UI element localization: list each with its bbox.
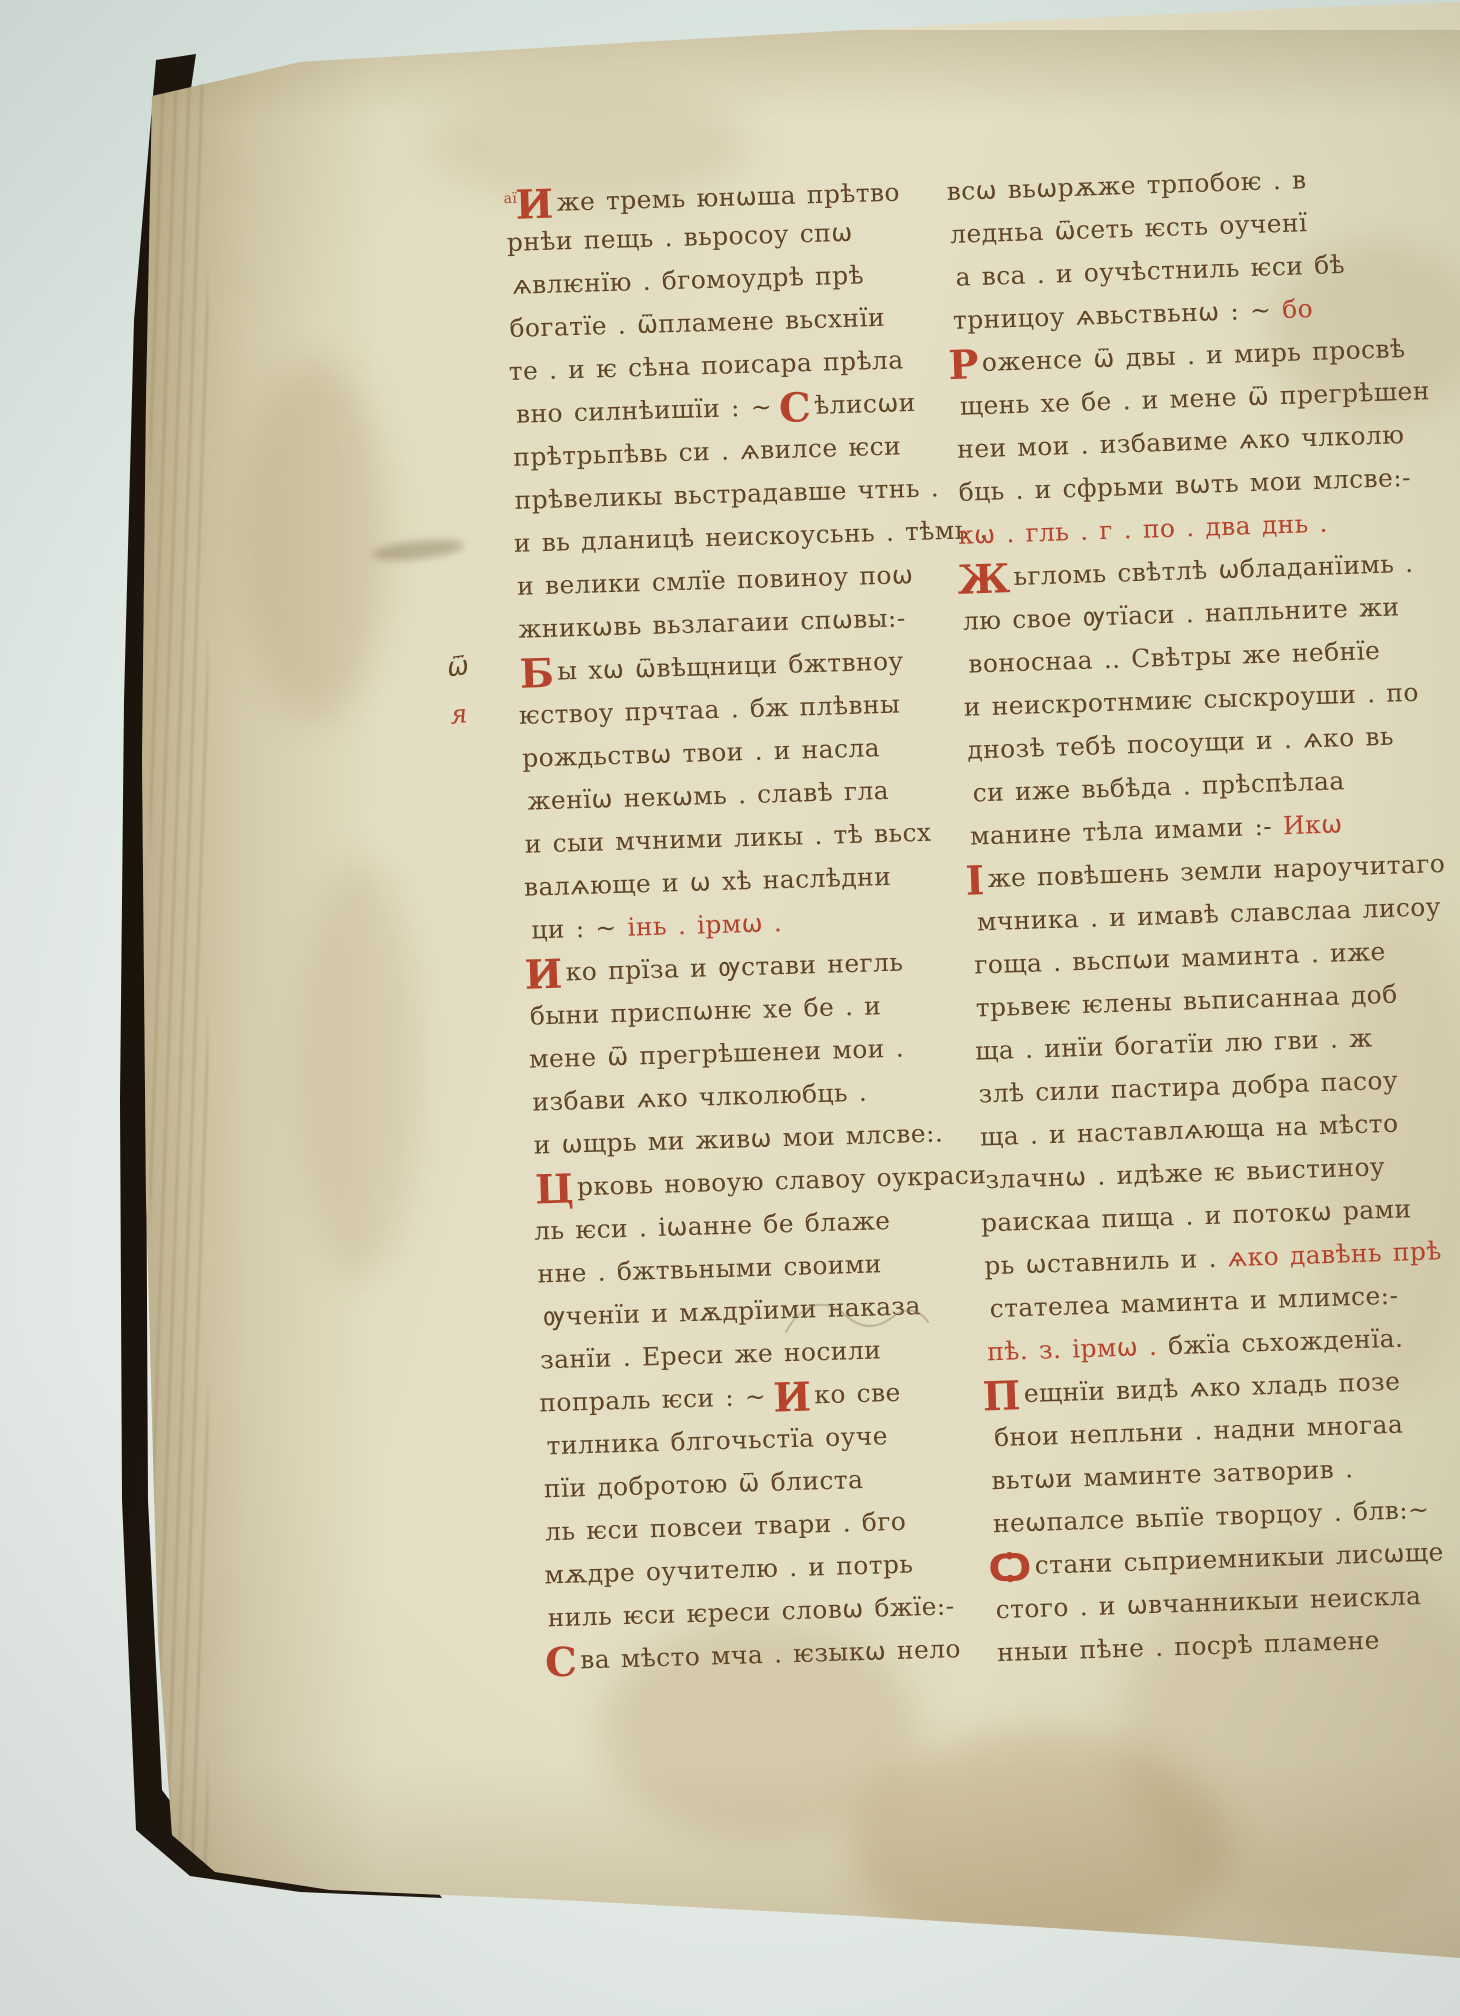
- text-segment: неѡпалсе вьпїе творцоу . блв:~: [992, 1495, 1429, 1538]
- rubric-initial: П: [982, 1376, 1021, 1417]
- text-segment: стателеа маминта и млимсе:-: [989, 1281, 1398, 1324]
- text-segment: днозѣ тебѣ посоущи и . ѧко вь: [967, 722, 1395, 765]
- text-segment: ща . инїи богатїи лю гви . ж: [975, 1023, 1373, 1065]
- text-segment: ко прїза и ѹстави негль: [565, 948, 903, 987]
- text-segment: оженсе ѿ двы . и мирь просвѣ: [981, 334, 1405, 377]
- top-edge-shadow: [150, 30, 1460, 120]
- text-column-left: аїИже тремь юнѡша прѣтворнѣи пещь . вьро…: [505, 165, 975, 1682]
- text-segment: манине тѣла имами :-: [970, 811, 1284, 850]
- text-segment: рковь новоую славоу оукраси: [577, 1160, 987, 1201]
- rubric-initial: Р: [948, 345, 980, 386]
- text-segment: нныи пѣне . посрѣ пламене: [997, 1626, 1381, 1668]
- text-segment: лю свое ѹтїаси . напльните жи: [962, 592, 1399, 635]
- text-segment: гоща . вьспѡи маминта . иже: [974, 937, 1386, 980]
- text-segment: ль ѥси повсеи твари . бго: [545, 1507, 907, 1547]
- rubric-initial: Ц: [534, 1169, 574, 1210]
- text-segment: ьгломь свѣтлѣ ѡбладанїимь .: [1013, 549, 1414, 591]
- text-segment: ѣлисѡи: [814, 388, 916, 420]
- rubric-initial: С: [544, 1643, 577, 1684]
- text-segment: богатїе . ѿпламене вьсхнїи: [509, 303, 885, 343]
- text-segment: рождьствѡ твои . и насла: [522, 733, 881, 773]
- text-segment: ци : ~: [531, 913, 628, 945]
- text-segment: нне . бжтвьными своими: [537, 1249, 882, 1288]
- text-segment: те . и ѥ сѣна поисара прѣла: [508, 345, 904, 386]
- text-segment: валѧюще и ѡ хѣ наслѣдни: [524, 862, 892, 902]
- text-segment: а вса . и оучѣстниль ѥси бѣ: [955, 250, 1345, 292]
- text-segment: и ѡщрь ми живѡ мои млсве:.: [533, 1118, 943, 1159]
- rubric-initial: І: [965, 861, 985, 902]
- page-stack-edges: [150, 60, 208, 1870]
- text-segment: вно силнѣишїи : ~: [516, 392, 784, 429]
- text-segment: ниль ѥси ѥреси словѡ бжїе:-: [547, 1591, 955, 1632]
- text-segment: воноснаа .. Свѣтры же небнїе: [968, 636, 1381, 679]
- text-segment: бо: [1282, 294, 1314, 324]
- text-segment: пїи добротою ѿ блиста: [543, 1465, 863, 1503]
- rubric-initial: И: [773, 1377, 812, 1418]
- text-segment: и велики смлїе повиноу поѡ: [517, 560, 914, 601]
- text-segment: быни приспѡнѥ хе бе . и: [529, 991, 881, 1030]
- text-segment: ко све: [814, 1378, 901, 1410]
- text-segment: ща . и наставлѧюща на мѣсто: [980, 1109, 1399, 1152]
- parchment-stain: [300, 860, 420, 1280]
- margin-mark-ink: ѿ: [445, 651, 471, 684]
- text-segment: ль ѥси . іѡанне бе блаже: [534, 1206, 891, 1246]
- text-segment: женїѡ некѡмь . славѣ гла: [527, 776, 889, 816]
- text-segment: ещнїи видѣ ѧко хладь позе: [1023, 1367, 1400, 1408]
- rubric-initial: Ѻ: [988, 1548, 1033, 1589]
- text-segment: рь ѡставниль и .: [984, 1243, 1228, 1280]
- text-segment: бжїа сьхожденїа.: [1168, 1324, 1404, 1361]
- text-segment: ледньа ѿсеть ѥсть оученї: [950, 208, 1308, 249]
- text-segment: злачнѡ . идѣже ѥ вьистиноу: [985, 1152, 1385, 1194]
- text-segment: и сыи мчними ликы . тѣ вьсх: [524, 818, 932, 859]
- text-segment: ѧвлѥнїю . бгомоудрѣ прѣ: [512, 260, 865, 299]
- text-segment: стани сьприемникыи лисѡще: [1034, 1537, 1444, 1580]
- text-segment: стого . и ѡвчанникыи неискла: [995, 1581, 1422, 1624]
- rubric-initial: И: [524, 955, 563, 996]
- text-segment: всѡ вьѡрѫже трпобоѥ . в: [946, 165, 1307, 206]
- text-segment: вьтѡи маминте затворив .: [991, 1454, 1354, 1495]
- rubric-initial: С: [778, 388, 811, 429]
- text-segment: избави ѧко члколюбць .: [532, 1078, 868, 1117]
- text-segment: си иже вьбѣда . прѣспѣлаа: [972, 766, 1345, 807]
- text-segment: ы хѡ ѿвѣщници бжтвноу: [557, 646, 904, 685]
- text-segment: прѣвеликы вьстрадавше чтнь .: [514, 473, 939, 515]
- text-segment: бнои непльни . надни многаа: [994, 1410, 1404, 1453]
- manuscript-photo: аїИже тремь юнѡша прѣтворнѣи пещь . вьро…: [0, 0, 1460, 2016]
- text-segment: жникѡвь вьзлагаии спѡвы:-: [518, 603, 906, 643]
- parchment-stain: [240, 360, 390, 720]
- text-segment: мѫдре оучителю . и потрь: [544, 1550, 914, 1590]
- text-segment: и вь дланицѣ неискоусьнь . тѣмь .: [513, 515, 988, 558]
- text-segment: прѣтрьпѣвь си . ѧвилсе ѥси: [513, 431, 902, 471]
- text-segment: ѥствоу прчтаа . бж плѣвны: [519, 690, 901, 730]
- text-segment: трницоу ѧвьствьнѡ : ~: [953, 295, 1283, 335]
- text-segment: рнѣи пещь . вьросоу спѡ: [506, 218, 852, 257]
- text-segment: пѣ. з. ірмѡ .: [987, 1331, 1169, 1366]
- rubric-initial: Б: [519, 654, 555, 695]
- text-segment: інь . ірмѡ .: [627, 908, 782, 942]
- text-segment: трьвеѥ ѥлены вьписаннаа доб: [975, 980, 1398, 1023]
- text-segment: злѣ сили пастира добра пасоу: [978, 1066, 1398, 1109]
- text-segment: мене ѿ прегрѣшенеи мои .: [529, 1034, 905, 1074]
- text-segment: бць . и сфрьми вѡть мои млсве:-: [958, 463, 1411, 507]
- text-segment: раискаа пища . и потокѡ рами: [980, 1194, 1411, 1237]
- rubric-initial: Ж: [957, 559, 1011, 601]
- marginal-scribble: [782, 1292, 932, 1352]
- text-segment: кѡ . гль . г . по . два днь .: [958, 509, 1329, 550]
- margin-mark-rubric: я: [448, 699, 468, 731]
- text-segment: ва мѣсто мча . ѥзыкѡ нело: [580, 1634, 961, 1674]
- text-segment: Икѡ: [1282, 809, 1342, 840]
- text-segment: тилника блгочьстїа оуче: [546, 1421, 888, 1460]
- text-column-right: всѡ вьѡрѫже трпобоѥ . вледньа ѿсеть ѥсть…: [948, 156, 1414, 1674]
- text-segment: попраль ѥси : ~: [539, 1381, 778, 1417]
